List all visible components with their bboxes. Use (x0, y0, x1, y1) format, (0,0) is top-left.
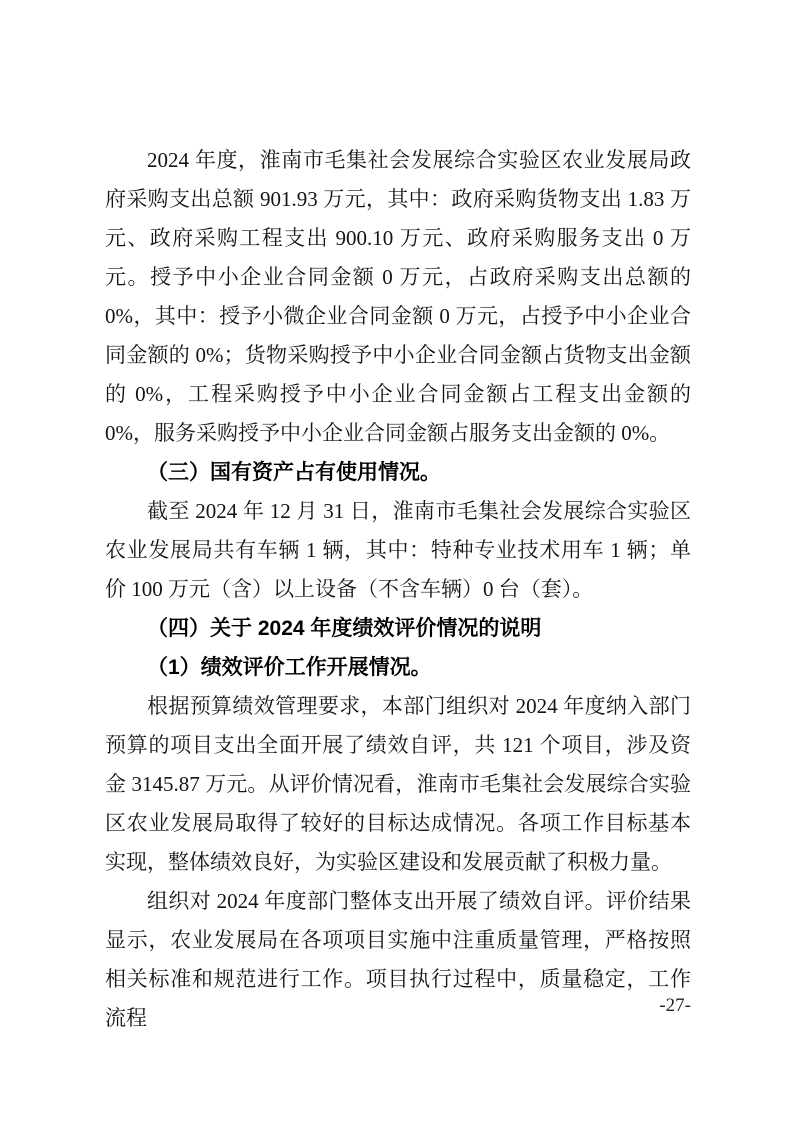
page-number: -27- (105, 994, 691, 1018)
heading-performance-evaluation-sub: （1）绩效评价工作开展情况。 (105, 648, 691, 687)
document-body: 2024 年度，淮南市毛集社会发展综合实验区农业发展局政府采购支出总额 901.… (105, 141, 691, 1038)
paragraph-project-self-evaluation: 根据预算绩效管理要求，本部门组织对 2024 年度纳入部门预算的项目支出全面开展… (105, 687, 691, 882)
paragraph-state-assets: 截至 2024 年 12 月 31 日，淮南市毛集社会发展综合实验区农业发展局共… (105, 492, 691, 609)
paragraph-government-procurement: 2024 年度，淮南市毛集社会发展综合实验区农业发展局政府采购支出总额 901.… (105, 141, 691, 453)
heading-performance-evaluation: （四）关于 2024 年度绩效评价情况的说明 (105, 609, 691, 648)
document-page: 2024 年度，淮南市毛集社会发展综合实验区农业发展局政府采购支出总额 901.… (0, 0, 794, 1122)
heading-state-assets: （三）国有资产占有使用情况。 (105, 453, 691, 492)
